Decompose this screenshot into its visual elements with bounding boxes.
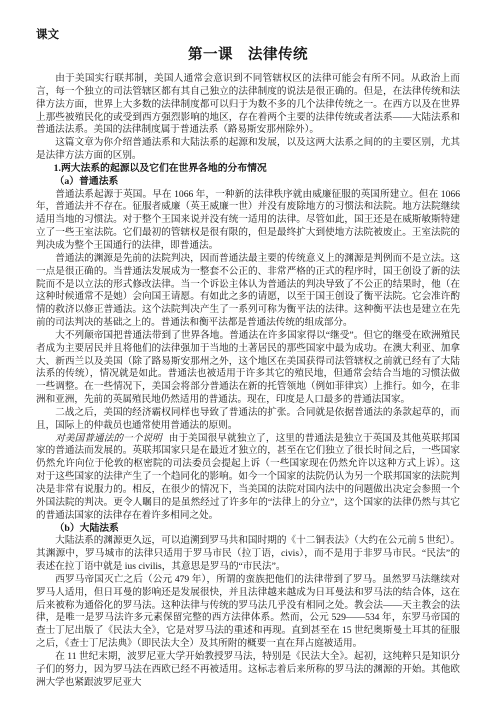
paragraph-intro: 由于美国实行联邦制，美国人通常会意识到不同管辖权区的法律可能会有所不同。从政治上… bbox=[36, 73, 460, 137]
paragraph-us-common-law-note: 对美国普通法的一个说明由于美国很早就独立了，这里的普通法是独立于英国及其他英联邦… bbox=[36, 433, 460, 523]
note-body-text: 由于美国很早就独立了，这里的普通法是独立于英国及其他英联邦国家的普通法而发展的。… bbox=[36, 433, 460, 521]
paragraph-article-purpose: 这篇文章为你介绍普通法系和大陆法系的起源和发展，以及这两大法系之间的的主要区别，… bbox=[36, 137, 460, 163]
paragraph-common-law-origin: 普通法系起源于英国。早在 1066 年，一种新的法律秩序就由威廉征服的英国所建立… bbox=[36, 189, 460, 253]
paragraph-roman-empire-fall: 西罗马帝国灭亡之后（公元 479 年），所谓的蛮族把他们的法律带到了罗马。虽然罗… bbox=[36, 574, 460, 651]
subheading-civil-law: （b）大陆法系 bbox=[36, 523, 460, 536]
paragraph-common-law-sources: 普通法的渊源是先前的法院判决，因而普通法最主要的传统意义上的渊源是判例而不是立法… bbox=[36, 253, 460, 330]
doc-label: 课文 bbox=[36, 28, 460, 42]
note-lead-label: 对美国普通法的一个说明 bbox=[55, 433, 169, 444]
document-page: 课文 第一课 法律传统 由于美国实行联邦制，美国人通常会意识到不同管辖权区的法律… bbox=[0, 0, 496, 702]
page-title: 第一课 法律传统 bbox=[36, 46, 460, 64]
heading-two-legal-systems: 1.两大法系的起源以及它们在世界各地的分布情况 bbox=[36, 163, 460, 176]
paragraph-british-empire: 大不列颠帝国把普通法带到了世界各地。普通法在许多国家得以“继受”。但它的继受在欧… bbox=[36, 330, 460, 407]
paragraph-bologna-university: 在 11 世纪末期，波罗尼亚大学开始教授罗马法，特别是《民法大全》。起初，这纯粹… bbox=[36, 651, 460, 690]
paragraph-postwar-expansion: 二战之后，美国的经济霸权同样也导致了普通法的扩张。合同就是依据普通法的条款起草的… bbox=[36, 407, 460, 433]
subheading-common-law: （a）普通法系 bbox=[36, 176, 460, 189]
paragraph-civil-law-origin: 大陆法系的渊源更久远，可以追溯到罗马共和国时期的《十二铜表法》（大约在公元前 5… bbox=[36, 535, 460, 574]
